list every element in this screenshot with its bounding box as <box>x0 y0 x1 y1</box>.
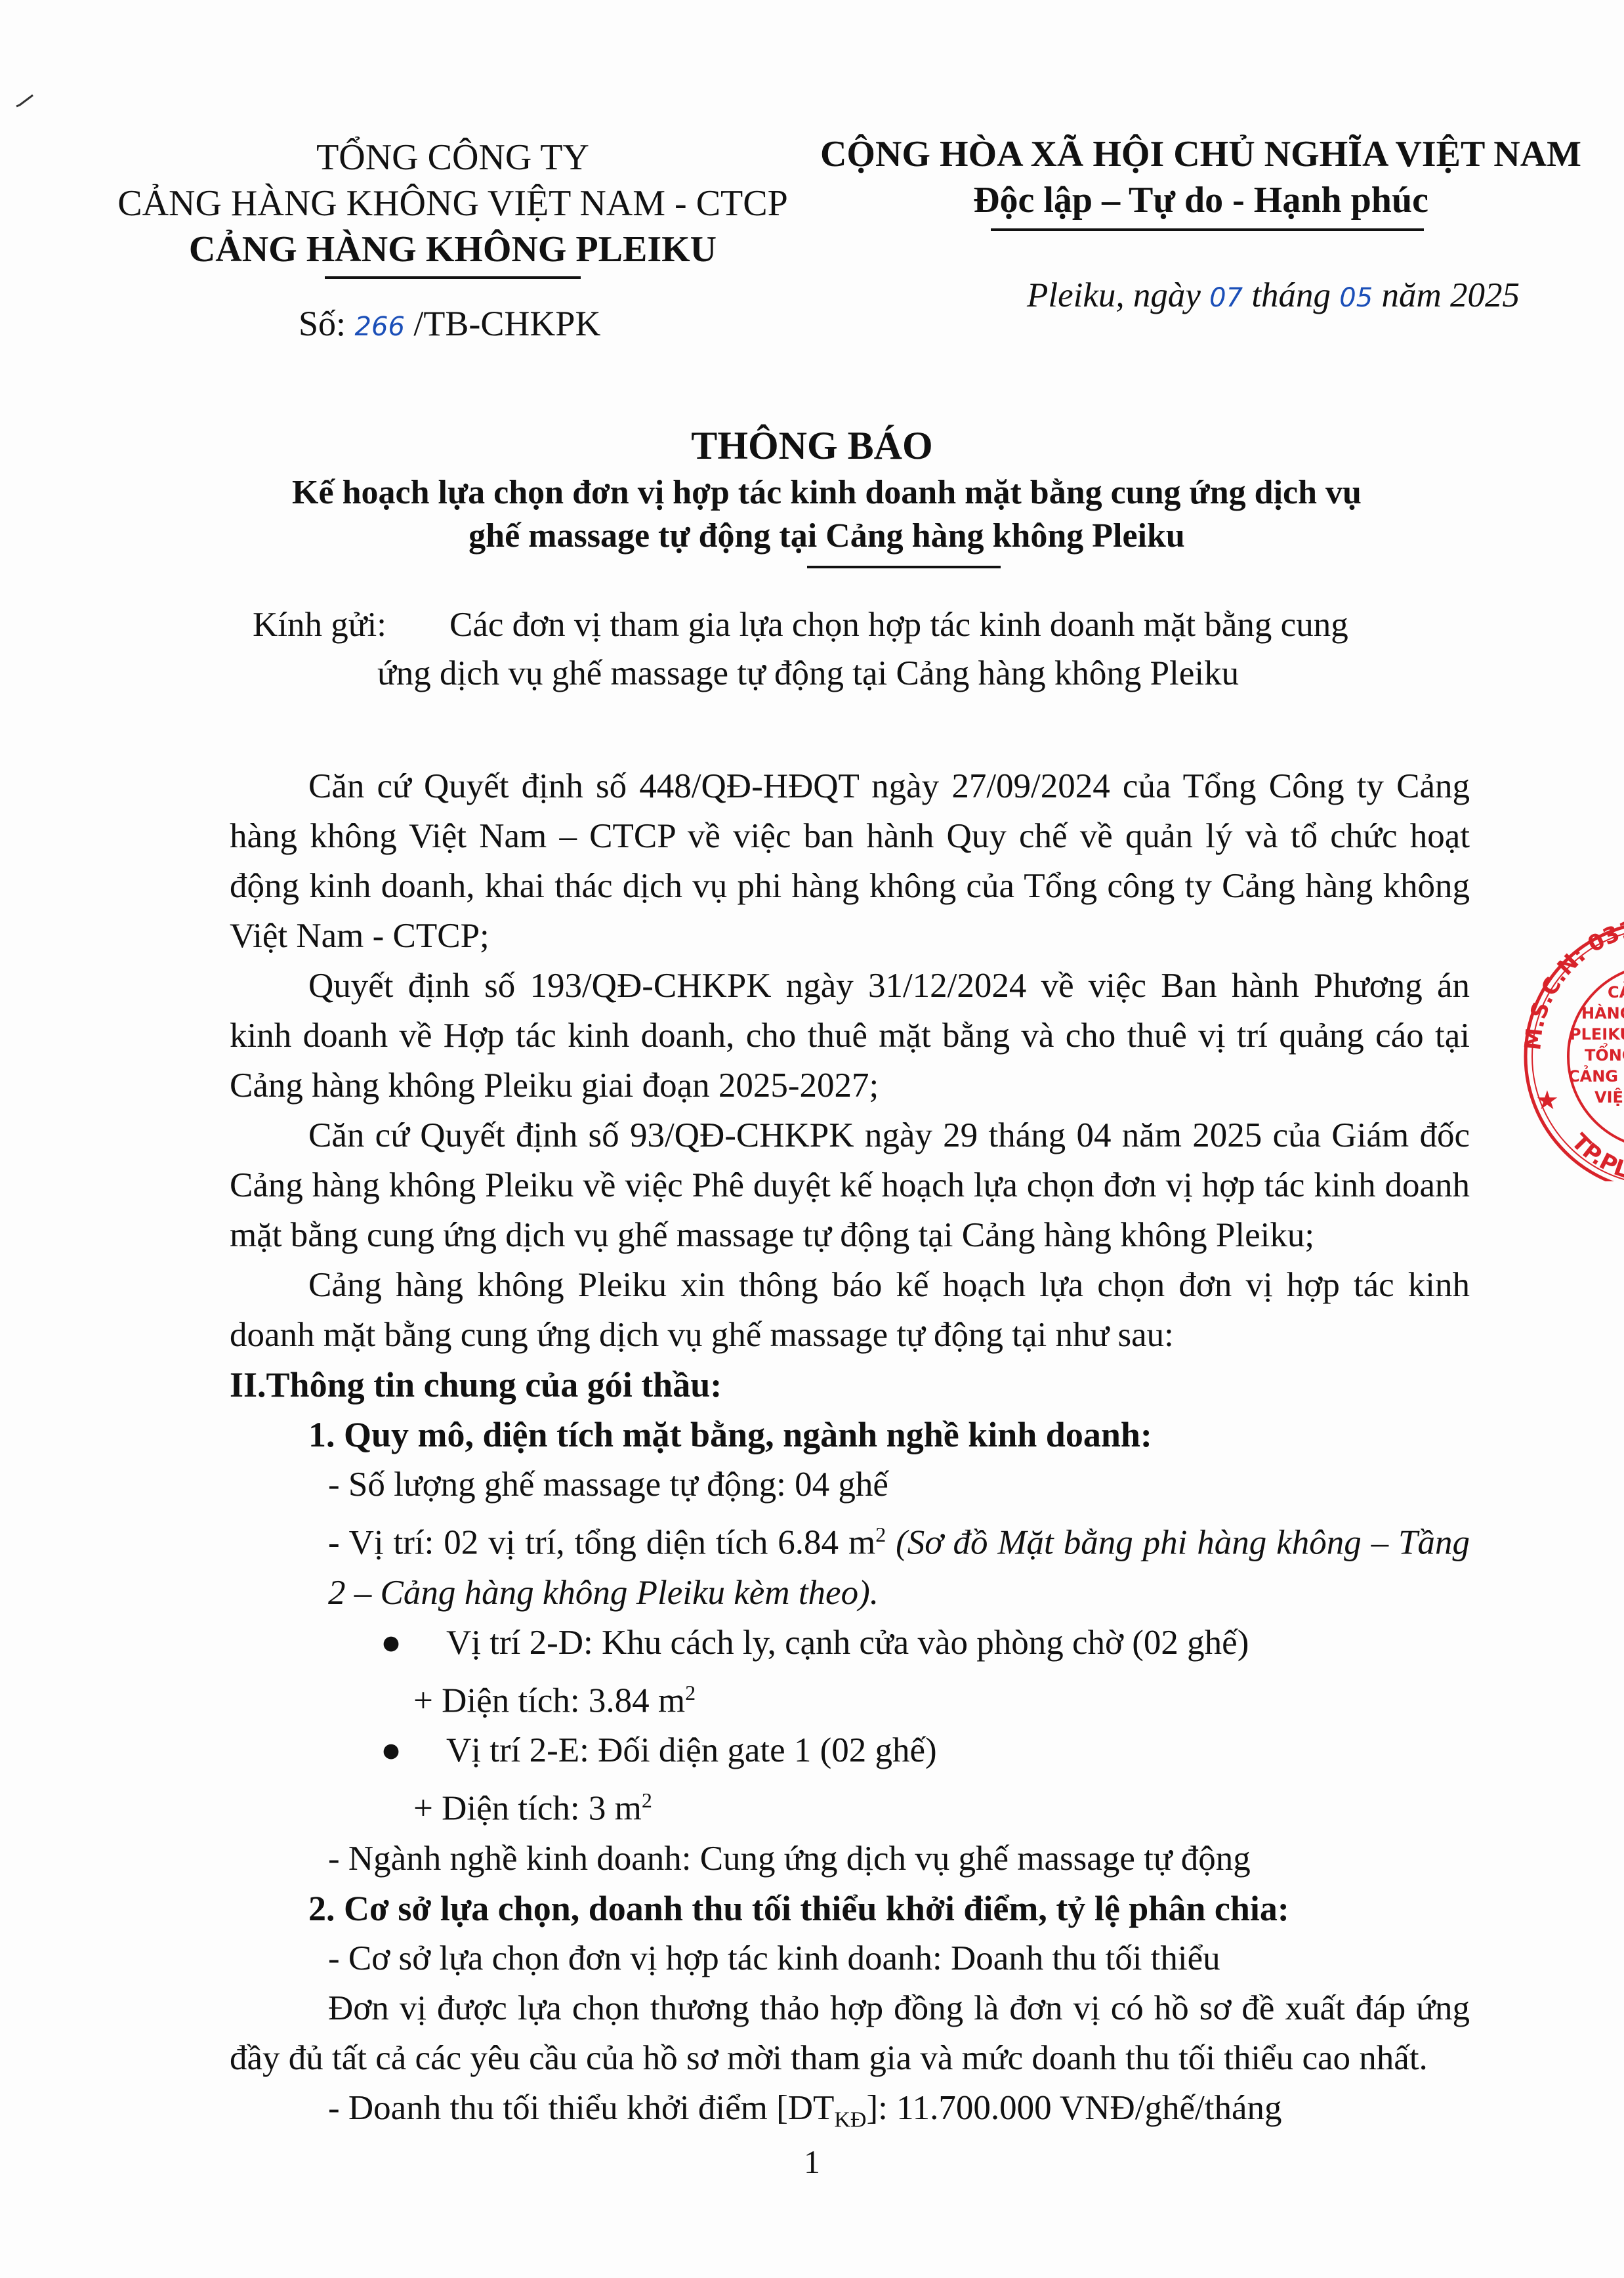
motto-underline <box>991 228 1424 231</box>
recipient-label: Kính gửi: <box>253 601 449 649</box>
doc-no-handwritten: 266 <box>355 312 405 342</box>
issuer-header: TỔNG CÔNG TY CẢNG HÀNG KHÔNG VIỆT NAM - … <box>85 135 820 279</box>
parent-company-line1: TỔNG CÔNG TY <box>85 135 820 180</box>
document-number: Số: 266 /TB-CHKPK <box>299 303 600 344</box>
parent-company-line2: CẢNG HÀNG KHÔNG VIỆT NAM - CTCP <box>85 180 820 226</box>
area-sup: 2 <box>642 1788 652 1812</box>
location-summary: - Vị trí: 02 vị trí, tổng diện tích 6.84… <box>230 1509 1470 1618</box>
selection-criteria: Đơn vị được lựa chọn thương thảo hợp đồn… <box>230 1983 1470 2083</box>
location-text: - Vị trí: 02 vị trí, tổng diện tích 6.84… <box>328 1524 875 1562</box>
document-body: Căn cứ Quyết định số 448/QĐ-HĐQT ngày 27… <box>230 761 1470 2145</box>
chair-quantity: - Số lượng ghế massage tự động: 04 ghế <box>230 1460 1470 1509</box>
date-month-handwritten: 05 <box>1339 283 1373 313</box>
bullet-icon: ● <box>381 1725 446 1775</box>
legal-basis-2: Quyết định số 193/QĐ-CHKPK ngày 31/12/20… <box>230 961 1470 1110</box>
selection-basis: - Cơ sở lựa chọn đơn vị hợp tác kinh doa… <box>230 1933 1470 1983</box>
area-text: + Diện tích: 3.84 m <box>413 1681 685 1719</box>
location-sup: 2 <box>875 1523 886 1546</box>
scan-mark-icon <box>13 92 39 112</box>
announcement-intro: Cảng hàng không Pleiku xin thông báo kế … <box>230 1260 1470 1360</box>
national-motto: Độc lập – Tự do - Hạnh phúc <box>774 177 1624 223</box>
page-number: 1 <box>0 2143 1624 2181</box>
subsection-1-heading: 1. Quy mô, diện tích mặt bằng, ngành ngh… <box>230 1410 1470 1460</box>
svg-text:VIỆ: VIỆ <box>1594 1087 1623 1107</box>
recipient-block: Kính gửi:Các đơn vị tham gia lựa chọn hợ… <box>253 601 1460 698</box>
doc-no-suffix: /TB-CHKPK <box>413 304 600 343</box>
revenue-value: ]: 11.700.000 VNĐ/ghế/tháng <box>866 2089 1281 2127</box>
revenue-label: - Doanh thu tối thiểu khởi điểm [DT <box>328 2089 834 2127</box>
subtitle-line1: Kế hoạch lựa chọn đơn vị hợp tác kinh do… <box>197 471 1457 515</box>
recipient-line2: ứng dịch vụ ghế massage tự động tại Cảng… <box>253 649 1460 698</box>
document-subtitle: Kế hoạch lựa chọn đơn vị hợp tác kinh do… <box>197 471 1457 558</box>
document-title: THÔNG BÁO <box>0 423 1624 469</box>
date-year: năm 2025 <box>1381 276 1520 314</box>
legal-basis-1: Căn cứ Quyết định số 448/QĐ-HĐQT ngày 27… <box>230 761 1470 961</box>
subtitle-line2: ghế massage tự động tại Cảng hàng không … <box>197 515 1457 558</box>
issuer-underline <box>325 276 581 279</box>
subtitle-underline <box>807 566 1001 568</box>
location-bullet: ●Vị trí 2-D: Khu cách ly, cạnh cửa vào p… <box>230 1618 1470 1668</box>
date-month-label: tháng <box>1251 276 1331 314</box>
date-prefix: Pleiku, ngày <box>1027 276 1201 314</box>
recipient-line1: Các đơn vị tham gia lựa chọn hợp tác kin… <box>449 606 1348 644</box>
area-text: + Diện tích: 3 m <box>413 1790 642 1828</box>
location-area: + Diện tích: 3.84 m2 <box>230 1668 1470 1726</box>
location-area: + Diện tích: 3 m2 <box>230 1775 1470 1834</box>
svg-text:PLEIKU-C: PLEIKU-C <box>1570 1025 1624 1044</box>
svg-text:HÀNG KHÔNG: HÀNG KHÔNG <box>1581 1003 1624 1023</box>
section-heading: II.Thông tin chung của gói thầu: <box>230 1360 1470 1410</box>
subsection-2-heading: 2. Cơ sở lựa chọn, doanh thu tối thiểu k… <box>230 1884 1470 1933</box>
business-line: - Ngành nghề kinh doanh: Cung ứng dịch v… <box>230 1834 1470 1884</box>
official-stamp-icon: M.S.C.N: 0311638 TP.PLEIKU ★ CẢNGHÀNG KH… <box>1496 906 1624 1181</box>
doc-no-label: Số: <box>299 304 346 343</box>
location-bullet: ●Vị trí 2-E: Đối diện gate 1 (02 ghế) <box>230 1725 1470 1775</box>
svg-text:CẢNG HÀ: CẢNG HÀ <box>1568 1064 1624 1086</box>
svg-text:CẢNG: CẢNG <box>1608 980 1624 1002</box>
revenue-sub: KĐ <box>834 2108 866 2132</box>
national-title: CỘNG HÒA XÃ HỘI CHỦ NGHĨA VIỆT NAM <box>774 131 1624 177</box>
svg-text:★: ★ <box>1535 1086 1559 1115</box>
legal-basis-3: Căn cứ Quyết định số 93/QĐ-CHKPK ngày 29… <box>230 1110 1470 1260</box>
area-sup: 2 <box>685 1681 696 1704</box>
bullet-text: Vị trí 2-E: Đối diện gate 1 (02 ghế) <box>446 1725 937 1775</box>
national-header: CỘNG HÒA XÃ HỘI CHỦ NGHĨA VIỆT NAM Độc l… <box>774 131 1624 231</box>
minimum-revenue: - Doanh thu tối thiểu khởi điểm [DTKĐ]: … <box>230 2083 1470 2145</box>
date-line: Pleiku, ngày 07 tháng 05 năm 2025 <box>1027 276 1520 315</box>
date-day-handwritten: 07 <box>1209 283 1243 313</box>
svg-text:TỔNG C: TỔNG C <box>1585 1042 1624 1065</box>
bullet-text: Vị trí 2-D: Khu cách ly, cạnh cửa vào ph… <box>446 1618 1249 1668</box>
bullet-icon: ● <box>381 1618 446 1668</box>
issuer-name: CẢNG HÀNG KHÔNG PLEIKU <box>85 226 820 272</box>
